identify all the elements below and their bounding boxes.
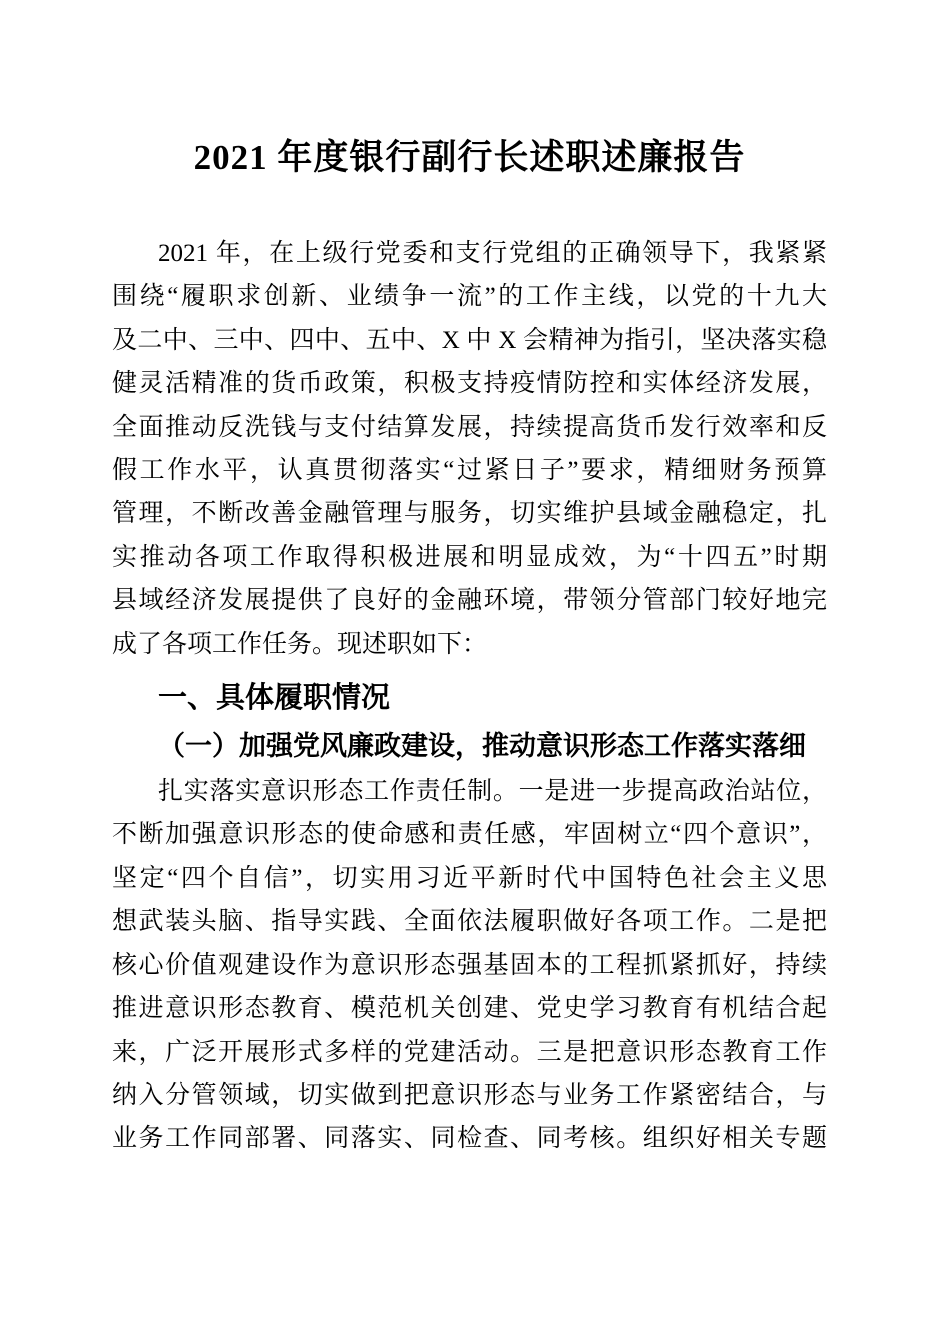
text-line: （一）加强党风廉政建设，推动意识形态工作落实落细 <box>112 722 827 770</box>
document-body: 2021 年，在上级行党委和支行党组的正确领导下，我紧紧围绕“履职求创新、业绩争… <box>112 232 827 1161</box>
document-page: 2021 年度银行副行长述职述廉报告 2021 年，在上级行党委和支行党组的正确… <box>0 0 950 1344</box>
text-line: 一、具体履职情况 <box>112 674 827 722</box>
text-line: 及二中、三中、四中、五中、X 中 X 会精神为指引，坚决落实稳 <box>112 319 827 362</box>
text-line: 推进意识形态教育、模范机关创建、党史学习教育有机结合起 <box>112 987 827 1030</box>
section-paragraph: 扎实落实意识形态工作责任制。一是进一步提高政治站位，不断加强意识形态的使命感和责… <box>112 770 827 1161</box>
text-line: 核心价值观建设作为意识形态强基固本的工程抓紧抓好，持续 <box>112 944 827 987</box>
text-line: 想武装头脑、指导实践、全面依法履职做好各项工作。二是把 <box>112 900 827 943</box>
text-line: 纳入分管领域，切实做到把意识形态与业务工作紧密结合，与 <box>112 1074 827 1117</box>
document-content: 2021 年度银行副行长述职述廉报告 2021 年，在上级行党委和支行党组的正确… <box>0 132 950 1161</box>
text-line: 不断加强意识形态的使命感和责任感，牢固树立“四个意识”， <box>112 813 827 856</box>
text-line: 围绕“履职求创新、业绩争一流”的工作主线，以党的十九大 <box>112 275 827 318</box>
text-line: 假工作水平，认真贯彻落实“过紧日子”要求，精细财务预算 <box>112 449 827 492</box>
section-heading: 一、具体履职情况 <box>112 674 827 722</box>
subsection-heading: （一）加强党风廉政建设，推动意识形态工作落实落细 <box>112 722 827 770</box>
opening-paragraph: 2021 年，在上级行党委和支行党组的正确领导下，我紧紧围绕“履职求创新、业绩争… <box>112 232 827 666</box>
text-line: 业务工作同部署、同落实、同检查、同考核。组织好相关专题 <box>112 1117 827 1160</box>
text-line: 来，广泛开展形式多样的党建活动。三是把意识形态教育工作 <box>112 1031 827 1074</box>
text-line: 全面推动反洗钱与支付结算发展，持续提高货币发行效率和反 <box>112 406 827 449</box>
text-line: 成了各项工作任务。现述职如下： <box>112 623 827 666</box>
text-line: 坚定“四个自信”，切实用习近平新时代中国特色社会主义思 <box>112 857 827 900</box>
text-line: 管理，不断改善金融管理与服务，切实维护县域金融稳定，扎 <box>112 492 827 535</box>
text-line: 健灵活精准的货币政策，积极支持疫情防控和实体经济发展， <box>112 362 827 405</box>
text-line: 扎实落实意识形态工作责任制。一是进一步提高政治站位， <box>112 770 827 813</box>
text-line: 实推动各项工作取得积极进展和明显成效，为“十四五”时期 <box>112 536 827 579</box>
document-title: 2021 年度银行副行长述职述廉报告 <box>112 132 827 184</box>
text-line: 县域经济发展提供了良好的金融环境，带领分管部门较好地完 <box>112 579 827 622</box>
text-line: 2021 年，在上级行党委和支行党组的正确领导下，我紧紧 <box>112 232 827 275</box>
